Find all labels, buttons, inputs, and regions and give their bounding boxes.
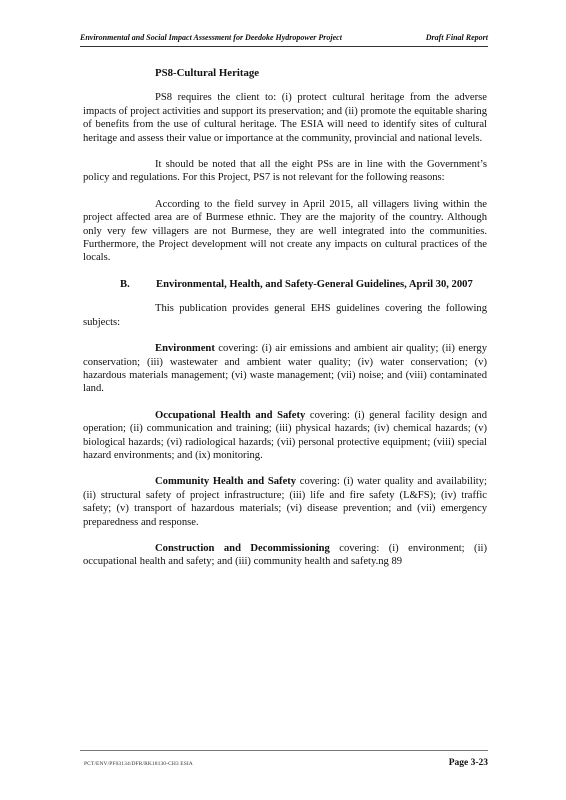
footer-doc-code: PCT/ENV/PF03134/DFR/RK18130-CH3 ESIA	[84, 761, 193, 767]
section-heading: PS8-Cultural Heritage	[155, 67, 487, 80]
page-footer: PCT/ENV/PF03134/DFR/RK18130-CH3 ESIA Pag…	[80, 750, 488, 751]
subsection-intro: This publication provides general EHS gu…	[83, 302, 487, 329]
guideline-term: Environment	[155, 343, 215, 354]
paragraph-field-survey: According to the field survey in April 2…	[83, 198, 487, 265]
paragraph-ps-alignment: It should be noted that all the eight PS…	[83, 158, 487, 185]
guideline-term: Construction and Decommissioning	[155, 543, 330, 554]
page-header: Environmental and Social Impact Assessme…	[80, 30, 488, 47]
guideline-item-community: Community Health and Safety covering: (i…	[83, 475, 487, 529]
header-report-type: Draft Final Report	[426, 33, 488, 42]
guideline-item-environment: Environment covering: (i) air emissions …	[83, 342, 487, 396]
subsection-letter: B.	[120, 278, 156, 291]
subsection-heading: B.Environmental, Health, and Safety-Gene…	[120, 278, 487, 291]
guideline-term: Occupational Health and Safety	[155, 410, 305, 421]
guideline-item-construction: Construction and Decommissioning coverin…	[83, 542, 487, 569]
page-content: PS8-Cultural Heritage PS8 requires the c…	[83, 67, 487, 582]
page-number: Page 3-23	[449, 758, 488, 768]
guideline-item-occupational: Occupational Health and Safety covering:…	[83, 409, 487, 463]
guideline-text: covering: (i) air emissions and ambient …	[83, 343, 487, 394]
guideline-term: Community Health and Safety	[155, 476, 296, 487]
header-title: Environmental and Social Impact Assessme…	[80, 33, 342, 42]
subsection-title: Environmental, Health, and Safety-Genera…	[156, 279, 473, 290]
paragraph-ps8-requirements: PS8 requires the client to: (i) protect …	[83, 91, 487, 145]
